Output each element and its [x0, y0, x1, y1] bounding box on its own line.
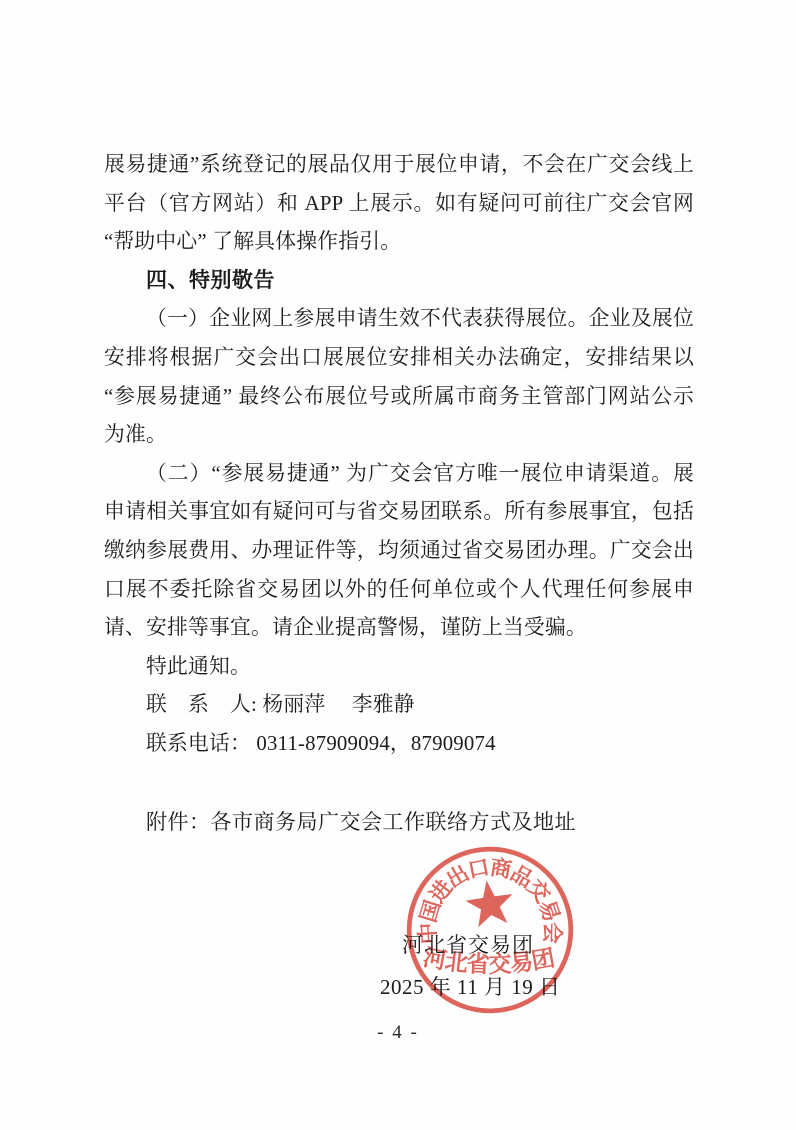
- document-page: 展易捷通”系统登记的展品仅用于展位申请，不会在广交会线上平台（官方网站）和 AP…: [0, 0, 796, 1130]
- text-line: 联 系 人: 杨丽萍 李雅静: [104, 686, 694, 725]
- text-line: 缴纳参展费用、办理证件等，均须通过省交易团办理。广交会出: [104, 532, 694, 571]
- text-line: 安排将根据广交会出口展展位安排相关办法确定，安排结果以: [104, 339, 694, 378]
- text-line: “帮助中心” 了解具体操作指引。: [104, 223, 694, 262]
- text-line: 平台（官方网站）和 APP 上展示。如有疑问可前往广交会官网: [104, 185, 694, 224]
- page-number: - 4 -: [0, 1022, 796, 1044]
- text-line: “参展易捷通” 最终公布展位号或所属市商务主管部门网站公示: [104, 378, 694, 417]
- seal-star-icon: [463, 877, 516, 928]
- document-body: 展易捷通”系统登记的展品仅用于展位申请，不会在广交会线上平台（官方网站）和 AP…: [104, 146, 694, 764]
- text-line: 特此通知。: [104, 648, 694, 687]
- text-line: 为准。: [104, 416, 694, 455]
- section-heading: 四、特别敬告: [104, 262, 694, 301]
- text-line: 联系电话： 0311-87909094，87909074: [104, 725, 694, 764]
- signature-date: 2025 年 11 月 19 日: [380, 971, 560, 1001]
- text-line: （二）“参展易捷通” 为广交会官方唯一展位申请渠道。展位: [104, 455, 694, 494]
- text-line: （一）企业网上参展申请生效不代表获得展位。企业及展位: [104, 300, 694, 339]
- text-line: 口展不委托除省交易团以外的任何单位或个人代理任何参展申: [104, 571, 694, 610]
- signature-org: 河北省交易团: [402, 929, 534, 959]
- attachment-line: 附件：各市商务局广交会工作联络方式及地址: [146, 806, 576, 838]
- text-line: 展易捷通”系统登记的展品仅用于展位申请，不会在广交会线上: [104, 146, 694, 185]
- text-line: 申请相关事宜如有疑问可与省交易团联系。所有参展事宜，包括: [104, 493, 694, 532]
- text-line: 请、安排等事宜。请企业提高警惕，谨防上当受骗。: [104, 609, 694, 648]
